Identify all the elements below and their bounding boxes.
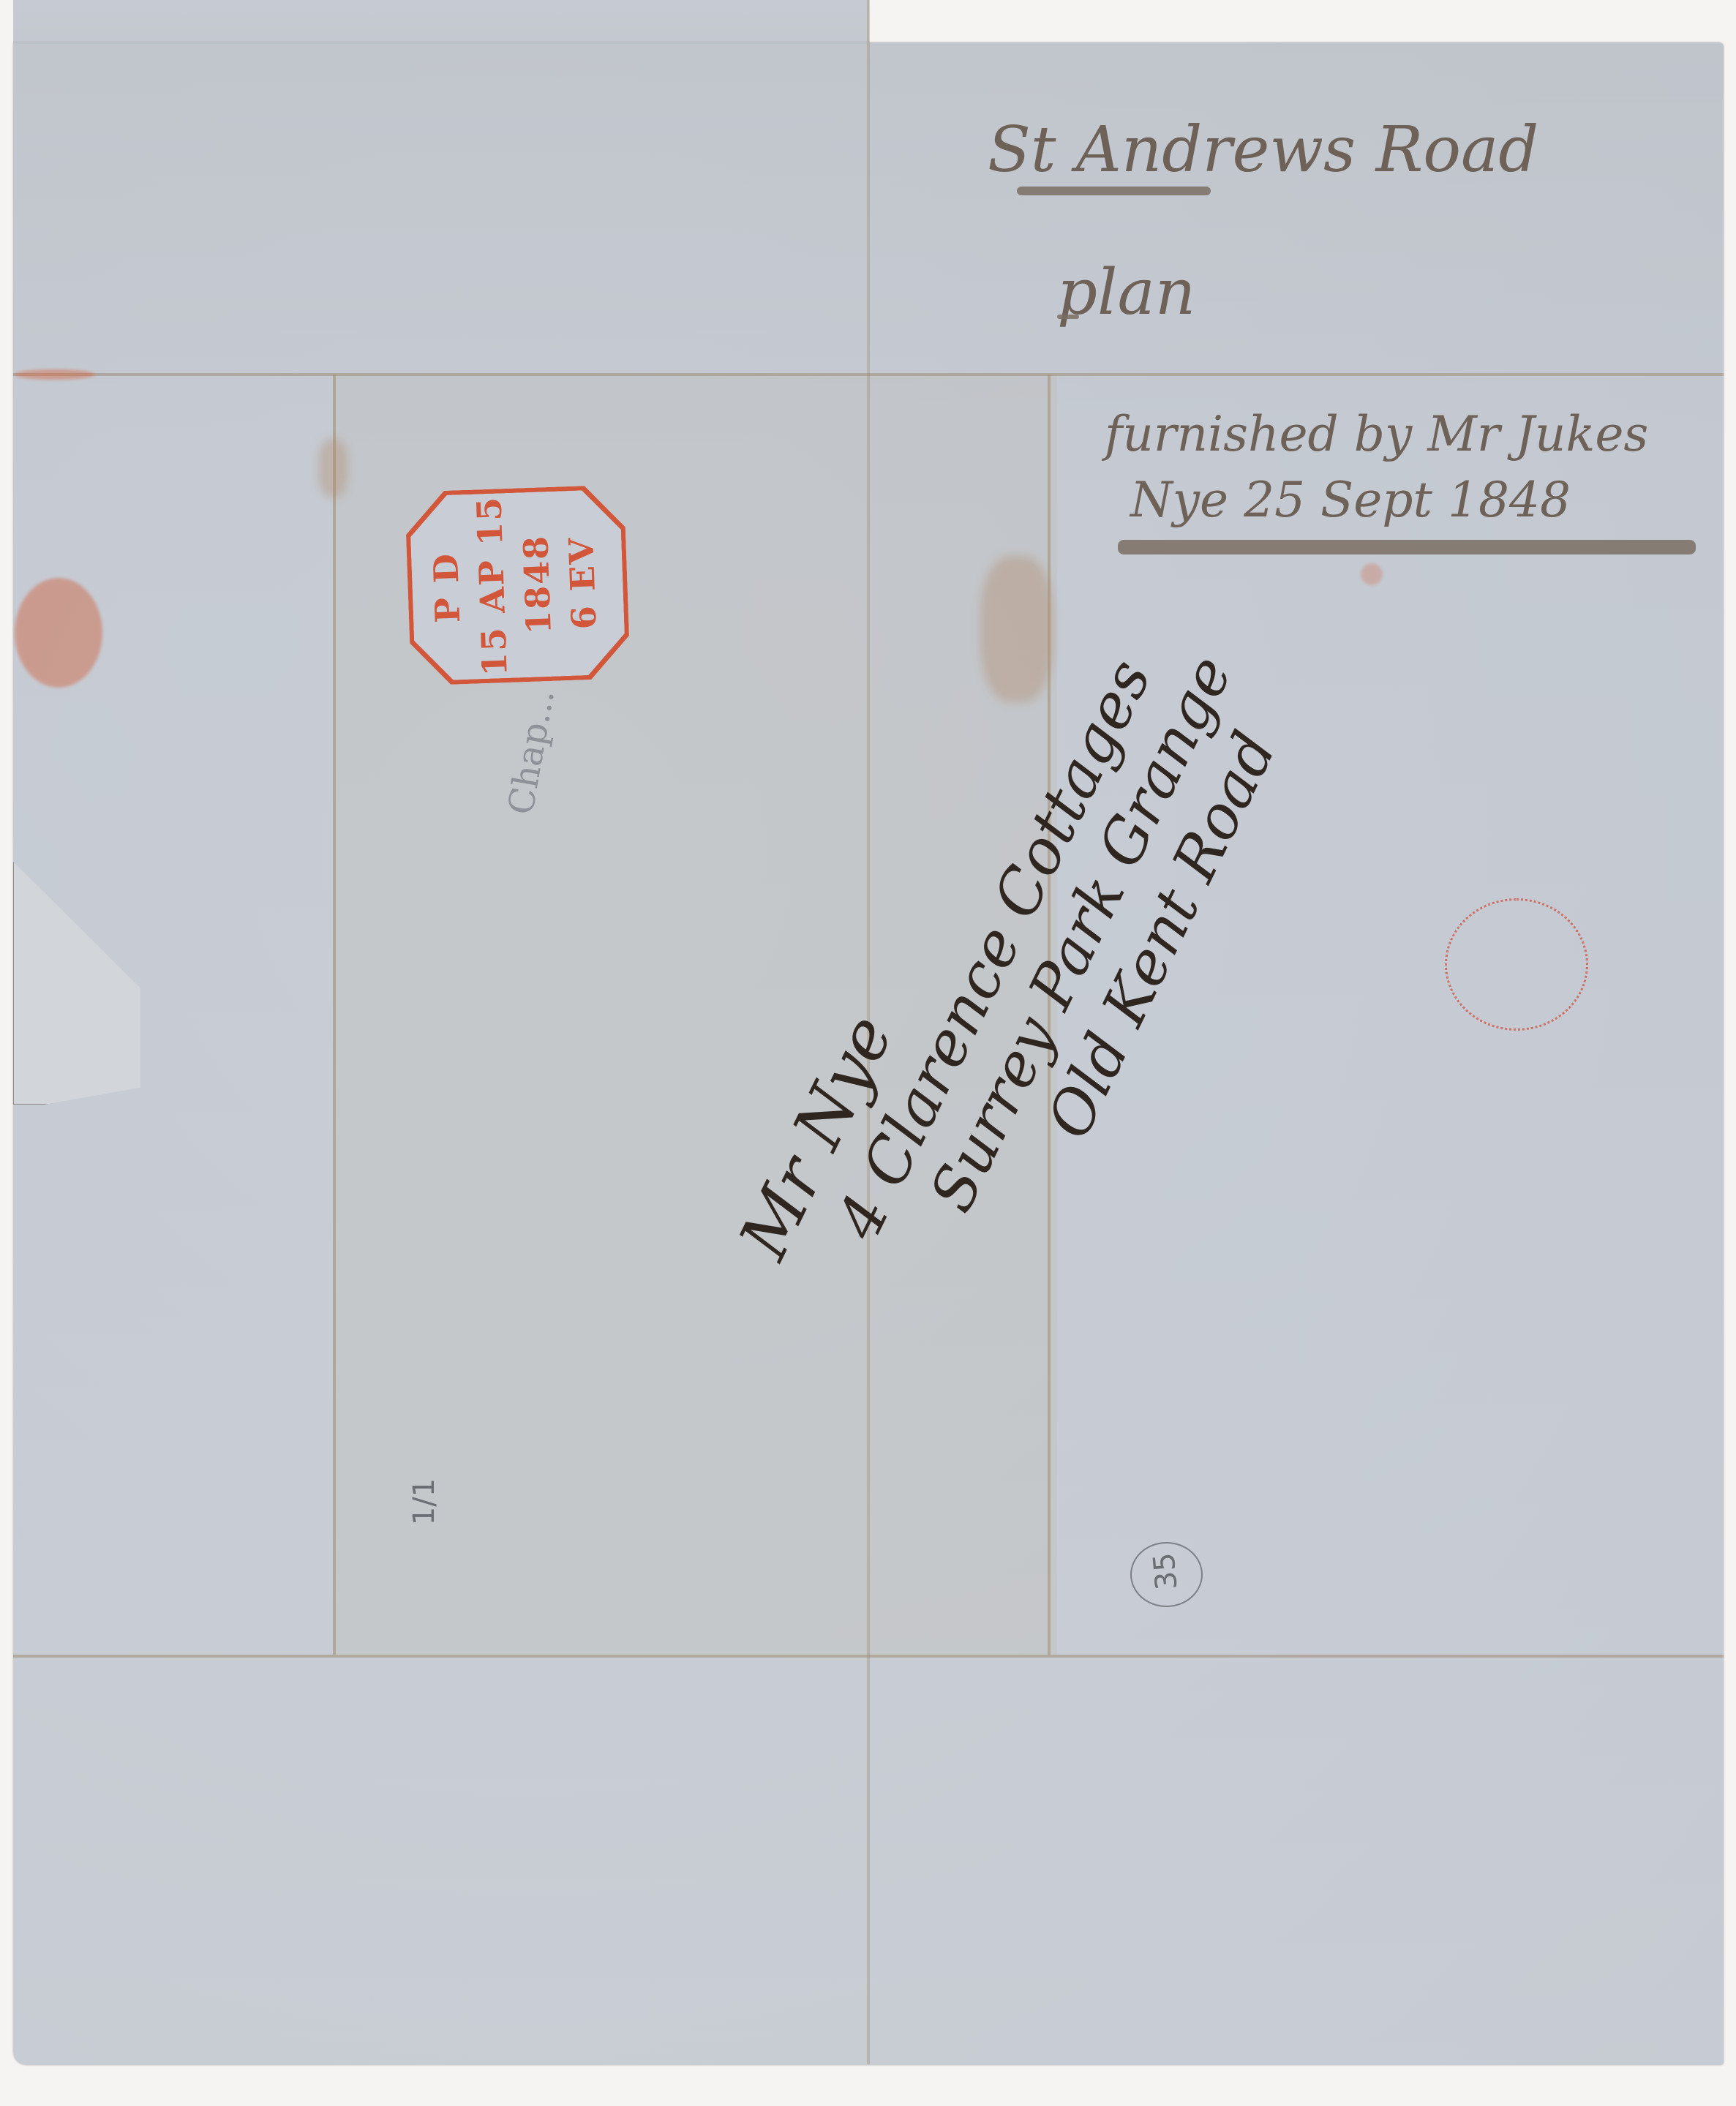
postmark-text: P D 15 AP 15 1848 6 EV bbox=[405, 484, 631, 685]
postmark-line-4: 6 EV bbox=[557, 485, 609, 680]
postmark-line-2: 15 AP 15 bbox=[466, 489, 518, 684]
docket-line-1: St Andrews Road bbox=[988, 113, 1538, 187]
postmark-line-1: P D bbox=[421, 490, 473, 685]
postmark-octagonal: P D 15 AP 15 1848 6 EV bbox=[405, 484, 631, 685]
postmark-line-3: 1848 bbox=[511, 487, 563, 682]
fold-line-left-panel bbox=[333, 375, 336, 1655]
paper-top-strip bbox=[13, 0, 869, 44]
docket-line-4: Nye 25 Sept 1848 bbox=[1130, 472, 1571, 528]
docket-underline-2 bbox=[1057, 315, 1079, 319]
address-block: Mr Nye 4 Clarence Cottages Surrey Park G… bbox=[724, 1236, 725, 1236]
red-offset-mark bbox=[1361, 563, 1383, 585]
red-circle-mark bbox=[1445, 898, 1588, 1031]
docket-line-3: furnished by Mr Jukes bbox=[1105, 406, 1648, 462]
pencil-circled-number: 35 bbox=[1147, 1552, 1184, 1592]
pencil-fraction: 1/1 bbox=[407, 1478, 441, 1525]
docket-underline-3 bbox=[1118, 540, 1696, 554]
fold-stain bbox=[318, 439, 347, 497]
docket-underline-1 bbox=[1017, 187, 1211, 195]
red-offset-mark bbox=[15, 578, 102, 688]
red-offset-mark bbox=[15, 369, 95, 380]
water-stain bbox=[980, 556, 1053, 702]
